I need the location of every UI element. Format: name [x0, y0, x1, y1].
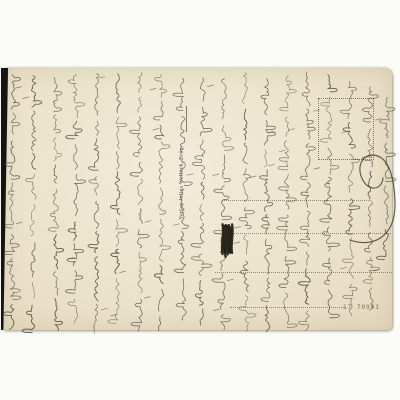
handwriting-stroke — [342, 131, 348, 133]
handwriting-stroke — [298, 269, 310, 304]
handwriting-stroke — [116, 220, 128, 247]
handwriting-stroke — [265, 306, 270, 332]
handwriting-stroke — [139, 209, 142, 224]
handwriting-stroke — [279, 174, 297, 209]
handwriting-stroke — [153, 129, 159, 131]
handwriting-stroke — [95, 74, 99, 115]
handwriting-stroke — [68, 299, 78, 323]
handwriting-stroke — [32, 282, 34, 298]
handwriting-stroke — [174, 231, 185, 272]
handwriting-stroke — [322, 227, 339, 251]
handwriting-stroke — [67, 244, 84, 266]
handwriting-stroke — [328, 75, 338, 92]
handwriting-stroke — [120, 271, 126, 273]
handwriting-stroke — [240, 261, 248, 292]
handwriting-stroke — [138, 73, 142, 93]
handwriting-stroke — [159, 219, 171, 261]
handwriting-stroke — [244, 109, 247, 140]
handwriting-stroke — [195, 280, 203, 305]
handwriting-stroke — [5, 141, 20, 179]
handwriting-stroke — [74, 174, 86, 215]
handwriting-stroke — [108, 279, 119, 324]
handwriting-stroke — [89, 177, 98, 195]
handwriting-stroke — [348, 154, 359, 192]
handwriting-stroke — [278, 141, 288, 170]
handwriting-stroke — [159, 142, 170, 183]
handwriting-stroke — [16, 87, 22, 89]
handwriting-stroke — [94, 304, 98, 333]
handwriting-stroke — [200, 309, 203, 325]
handwriting-stroke — [22, 305, 34, 332]
handwriting-stroke — [244, 235, 248, 254]
handwriting-stroke — [243, 169, 250, 202]
handwriting-stroke — [343, 284, 357, 315]
handwriting-stroke — [250, 176, 256, 178]
handwriting-stroke — [53, 272, 58, 296]
handwriting-stroke — [200, 205, 204, 221]
handwriting-stroke — [187, 174, 193, 176]
handwriting-stroke — [222, 126, 234, 150]
handwriting-stroke — [298, 311, 309, 331]
handwriting-stroke — [235, 227, 241, 229]
handwriting-stroke — [96, 121, 99, 136]
handwriting-stroke — [261, 278, 270, 301]
handwriting-stroke — [66, 121, 82, 139]
handwriting-stroke — [54, 138, 62, 161]
handwriting-stroke — [17, 222, 23, 224]
handwriting-stroke — [4, 235, 19, 255]
handwriting-stroke — [53, 77, 62, 111]
handwriting-stroke — [99, 77, 105, 79]
handwriting-stroke — [289, 129, 295, 131]
handwriting-overlay — [0, 0, 400, 400]
handwriting-stroke — [32, 153, 36, 169]
handwriting-stroke — [173, 224, 179, 226]
handwriting-stroke — [277, 215, 297, 250]
handwriting-stroke — [55, 299, 63, 331]
handwriting-stroke — [173, 78, 184, 110]
handwriting-stroke — [227, 279, 233, 281]
handwriting-stroke — [154, 265, 163, 283]
handwriting-stroke — [306, 109, 315, 139]
handwriting-stroke — [11, 113, 19, 134]
handwriting-stroke — [66, 271, 83, 293]
handwriting-stroke — [260, 170, 273, 211]
handwriting-stroke — [74, 145, 78, 170]
handwriting-stroke — [26, 174, 37, 199]
handwriting-stroke — [191, 223, 204, 247]
handwriting-stroke — [328, 290, 339, 318]
handwriting-stroke — [369, 288, 373, 310]
handwriting-stroke — [243, 73, 248, 104]
handwriting-stroke — [264, 150, 267, 167]
handwriting-stroke — [54, 115, 61, 133]
handwriting-stroke — [68, 222, 76, 241]
handwriting-stroke — [346, 199, 360, 234]
handwriting-stroke — [138, 179, 143, 204]
handwriting-stroke — [94, 257, 98, 301]
handwriting-stroke — [23, 97, 29, 99]
handwriting-stroke — [54, 165, 57, 183]
handwriting-stroke — [368, 171, 372, 199]
handwriting-stroke — [32, 111, 36, 151]
handwriting-stroke — [342, 238, 353, 279]
handwriting-stroke — [234, 242, 240, 244]
handwriting-stroke — [5, 183, 14, 228]
handwriting-stroke — [131, 299, 142, 331]
handwriting-stroke — [145, 221, 151, 223]
handwriting-stroke — [320, 97, 332, 142]
handwriting-stroke — [150, 88, 156, 90]
handwriting-stroke — [144, 297, 150, 299]
handwriting-stroke — [180, 116, 184, 152]
handwriting-stroke — [328, 148, 339, 174]
ink-scribble — [225, 225, 226, 257]
handwriting-stroke — [89, 139, 99, 171]
handwriting-stroke — [116, 117, 127, 148]
handwriting-stroke — [101, 308, 107, 310]
handwriting-stroke — [155, 125, 164, 139]
handwriting-stroke — [138, 229, 149, 248]
handwriting-stroke — [243, 143, 248, 164]
handwriting-stroke — [214, 185, 232, 219]
handwriting-stroke — [214, 309, 220, 311]
handwriting-stroke — [111, 249, 120, 274]
handwriting-stroke — [138, 252, 146, 293]
handwriting-stroke — [300, 211, 311, 246]
handwriting-stroke — [180, 189, 188, 229]
handwriting-stroke — [285, 117, 289, 136]
handwriting-stroke — [94, 202, 98, 229]
handwriting-stroke — [384, 186, 388, 224]
handwriting-stroke — [159, 289, 164, 311]
handwriting-stroke — [212, 274, 225, 309]
handwriting-stroke — [176, 279, 186, 320]
handwriting-stroke — [201, 78, 206, 101]
handwriting-stroke — [32, 76, 42, 108]
handwriting-stroke — [221, 315, 231, 330]
handwriting-stroke — [265, 240, 272, 275]
handwriting-stroke — [138, 97, 142, 112]
handwriting-stroke — [284, 293, 297, 327]
handwriting-stroke — [377, 229, 389, 259]
handwriting-stroke — [3, 305, 14, 330]
handwriting-stroke — [320, 177, 332, 222]
handwriting-stroke — [155, 74, 167, 97]
handwriting-stroke — [11, 74, 20, 109]
handwriting-stroke — [301, 144, 316, 180]
scan-background: Verlag Julius Wallach, Brög. 17 70991 — [0, 0, 400, 400]
handwriting-stroke — [261, 79, 269, 115]
handwriting-stroke — [30, 204, 35, 236]
handwriting-stroke — [323, 258, 332, 284]
handwriting-stroke — [117, 152, 120, 170]
handwriting-stroke — [207, 85, 213, 87]
handwriting-stroke — [280, 76, 297, 111]
handwriting-stroke — [368, 202, 372, 227]
handwriting-stroke — [302, 72, 310, 106]
handwriting-stroke — [279, 256, 296, 287]
handwriting-stroke — [314, 168, 320, 170]
handwriting-stroke — [192, 140, 205, 180]
handwriting-stroke — [153, 101, 163, 120]
handwriting-stroke — [68, 74, 84, 117]
handwriting-stroke — [31, 243, 35, 277]
handwriting-stroke — [191, 254, 212, 276]
handwriting-stroke — [340, 267, 346, 269]
ink-scribble — [232, 224, 233, 253]
handwriting-stroke — [262, 215, 270, 234]
handwriting-stroke — [314, 110, 320, 112]
handwriting-stroke — [88, 232, 99, 253]
handwriting-stroke — [362, 129, 373, 167]
handwriting-stroke — [200, 107, 212, 135]
handwriting-stroke — [279, 150, 285, 152]
handwriting-stroke — [110, 172, 120, 215]
handwriting-stroke — [54, 235, 64, 269]
handwriting-stroke — [159, 188, 166, 214]
handwriting-stroke — [307, 252, 309, 266]
handwriting-stroke — [363, 87, 379, 122]
handwriting-stroke — [340, 81, 356, 118]
handwriting-stroke — [116, 74, 120, 113]
handwriting-stroke — [159, 317, 161, 331]
handwriting-stroke — [268, 164, 274, 166]
handwriting-stroke — [221, 79, 226, 119]
handwriting-stroke — [7, 259, 21, 300]
handwriting-stroke — [213, 174, 219, 176]
handwriting-stroke — [180, 159, 192, 185]
handwriting-stroke — [48, 189, 58, 231]
handwriting-stroke — [239, 296, 256, 332]
handwriting-stroke — [343, 122, 355, 148]
handwriting-stroke — [129, 117, 141, 156]
handwriting-stroke — [201, 182, 204, 199]
handwriting-stroke — [222, 155, 230, 182]
handwriting-stroke — [130, 162, 142, 176]
handwriting-stroke — [380, 97, 395, 137]
handwriting-stroke — [239, 208, 254, 229]
handwriting-stroke — [301, 183, 310, 208]
